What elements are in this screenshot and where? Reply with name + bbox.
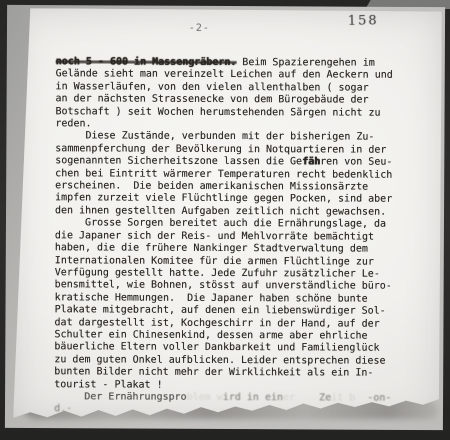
text-segment: impfen zurzeit viele Flüchtlinge gegen P… — [55, 193, 392, 205]
text-segment: sogenannten Sicherheitszone lassen die G… — [55, 155, 302, 167]
text-segment: dat dargestellt ist, Kochgeschirr in der… — [55, 317, 380, 329]
stamp-number: 158 — [348, 13, 379, 29]
text-segment: den ihnen gestellten Aufgaben zeitlich n… — [55, 205, 386, 217]
text-segment: bunten Bilder nicht mehr der Wirklichkei… — [54, 366, 373, 378]
text-segment: ird in ein — [223, 392, 283, 403]
strikethrough-text: noch 5 - 600 in Massengräbern. — [56, 56, 237, 68]
text-segment: Beim Spazierengehen im — [236, 57, 375, 69]
text-segment: Internationalen Komitee für die armen Fl… — [55, 255, 374, 267]
text-segment: sammenpferchung der Bevölkerung in Notqu… — [55, 143, 386, 155]
text-segment: bensmittel, wie Bohnen, stösst auf unver… — [55, 280, 392, 292]
page-number: -2- — [189, 23, 210, 34]
text-segment: fäh — [302, 157, 320, 168]
text-segment: reden. — [55, 118, 91, 129]
text-segment: Plakate mitgebracht, auf denen ein liebe… — [55, 304, 386, 316]
text-segment: blem w — [187, 392, 223, 403]
text-segment: Diese Zustände, verbunden mit der bisher… — [55, 131, 374, 143]
text-segment: haben, die die frühere Nankinger Stadtve… — [55, 242, 368, 254]
text-segment: Botschaft ) seit Wochen herumstehenden S… — [55, 106, 380, 118]
text-segment: Verfügung gestellt hatte. Jede Zufuhr zu… — [55, 267, 380, 279]
text-segment: Gelände sieht man vereinzelt Leichen auf… — [56, 69, 393, 81]
text-segment: Grosse Sorgen bereitet auch die Ernährun… — [55, 218, 386, 230]
text-segment: bäuerliche Eltern voller Dankbarkeit und… — [54, 342, 379, 354]
text-segment: in Wasserläufen, von den vielen allentha… — [56, 81, 369, 93]
text-segment: it b — [331, 392, 355, 403]
text-segment: an der nächsten Strassenecke von dem Bür… — [55, 93, 368, 105]
text-segment: die Japaner sich der Reis- und Mehlvorrä… — [55, 230, 374, 242]
text-line: Der Ernährungsproblem wird in einer Zeit… — [54, 391, 399, 405]
text-segment: er — [283, 392, 307, 403]
text-segment: Schulter ein Chinesenkind, dessen arme a… — [54, 329, 367, 341]
document-page: 158 -2- noch 5 - 600 in Massengräbern. B… — [13, 8, 442, 424]
text-segment: zu dem guten Onkel aufblicken. Leider en… — [54, 354, 385, 366]
text-segment: erscheinen. Die beiden amerikanischen Mi… — [55, 180, 368, 192]
text-segment: -on- — [355, 393, 391, 404]
text-segment: kratische Hemmungen. Die Japaner haben s… — [55, 292, 368, 304]
text-segment: tourist - Plakat ! — [54, 379, 162, 390]
text-segment: Ze — [307, 392, 331, 403]
document-text: noch 5 - 600 in Massengräbern. Beim Spaz… — [54, 56, 401, 417]
text-line: Botschaft ) seit Wochen herumstehenden S… — [55, 106, 400, 120]
photo-background: 158 -2- noch 5 - 600 in Massengräbern. B… — [0, 0, 450, 440]
text-segment: ren von Seu- — [320, 157, 392, 168]
text-segment: Der Ernährungspro — [54, 391, 186, 403]
text-segment: chen bei Eintritt wärmerer Temperaturen … — [55, 168, 392, 180]
